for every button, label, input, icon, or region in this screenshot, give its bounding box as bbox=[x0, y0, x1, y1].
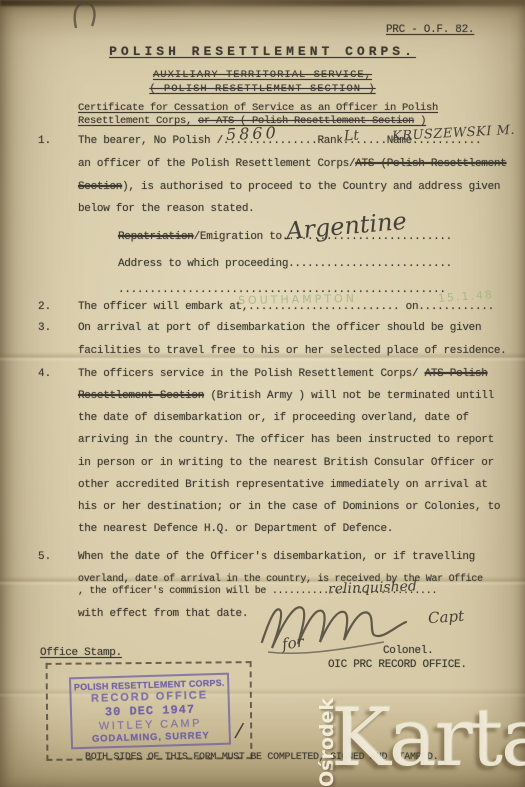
item-4-line-1-pre: The officers service in the Polish Reset… bbox=[78, 368, 425, 380]
item-1-number: 1. bbox=[38, 135, 51, 147]
certificate-heading-line2-pre: Resettlement Corps, bbox=[78, 115, 198, 127]
handwritten-service-number: 5860 bbox=[226, 123, 279, 144]
address-line: Address to which proceeding.............… bbox=[118, 258, 452, 270]
item-4-line-7: his or her destination; or in the case o… bbox=[78, 501, 500, 513]
item-4-number: 4. bbox=[38, 368, 51, 380]
certificate-heading-line1: Certificate for Cessation of Service as … bbox=[78, 102, 438, 114]
item-4-line-2: Resettlement Section (British Army ) wil… bbox=[78, 390, 494, 402]
item-4-line-1: The officers service in the Polish Reset… bbox=[78, 368, 488, 380]
item-5-line-2: overland, date of arrival in the country… bbox=[78, 574, 483, 585]
item-3-line-1: On arrival at port of disembarkation the… bbox=[78, 322, 481, 334]
handwritten-capt: Capt bbox=[427, 607, 464, 627]
document-title: POLISH RESETTLEMENT CORPS. bbox=[0, 44, 525, 59]
repatriation-struck: Repatriation bbox=[118, 231, 194, 243]
item-5-line-4: with effect from that date. bbox=[78, 608, 248, 620]
handwritten-port: SOUTHAMPTON bbox=[238, 292, 357, 307]
record-office-line: OIC PRC RECORD OFFICE. bbox=[328, 659, 467, 671]
item-1-line-3-post: ), is authorised to proceed to the Count… bbox=[122, 181, 500, 193]
stamp-line-date: 30 DEC 1947 bbox=[105, 702, 196, 719]
rubber-stamp: POLISH RESETTLEMENT CORPS. RECORD OFFICE… bbox=[69, 673, 231, 750]
item-4-line-1-struck: ATS Polish bbox=[425, 368, 488, 380]
item-1-line-3: Section), is authorised to proceed to th… bbox=[78, 181, 500, 193]
struck-section-line: ( POLISH RESETTLEMENT SECTION ) bbox=[0, 83, 525, 95]
item-4-line-4: arriving in the country. The officer has… bbox=[78, 434, 494, 446]
item-4-line-5: in person or in writing to the nearest B… bbox=[78, 457, 494, 469]
item-4-line-8: the nearest Defence H.Q. or Department o… bbox=[78, 523, 393, 535]
staple-mark bbox=[62, 0, 112, 32]
certificate-heading-line2-post: ) bbox=[414, 115, 426, 127]
signatory-rank: Colonel. bbox=[383, 645, 433, 657]
handwritten-commission-status: relinquished bbox=[328, 578, 417, 597]
watermark-main: Karta bbox=[331, 698, 525, 778]
handwritten-for: for bbox=[281, 633, 305, 654]
item-2-number: 2. bbox=[38, 301, 51, 313]
item-1-line-4: below for the reason stated. bbox=[78, 203, 254, 215]
stamp-outline-box: POLISH RESETTLEMENT CORPS. RECORD OFFICE… bbox=[46, 661, 253, 761]
item-3-line-2: facilities to travel free to his or her … bbox=[78, 345, 506, 357]
item-4-line-2-post: (British Army ) will not be terminated u… bbox=[204, 390, 494, 402]
item-4-line-3: the date of disembarkation or, if procee… bbox=[78, 412, 469, 424]
scanned-certificate-document: PRC - O.F. 82. POLISH RESETTLEMENT CORPS… bbox=[0, 0, 525, 787]
item-1-line-2-struck: ATS (Polish Resettlement bbox=[355, 158, 506, 170]
item-1-line-2-pre: an officer of the Polish Resettlement Co… bbox=[78, 158, 355, 170]
item-4-line-6: other accredited British representative … bbox=[78, 479, 488, 491]
item-5-line-1: When the date of the Officer's disembark… bbox=[78, 551, 475, 563]
item-1-line-2: an officer of the Polish Resettlement Co… bbox=[78, 158, 506, 170]
handwritten-rank: Lt bbox=[343, 127, 359, 144]
form-number: PRC - O.F. 82. bbox=[386, 24, 474, 36]
item-5-number: 5. bbox=[38, 551, 51, 563]
item-3-number: 3. bbox=[38, 322, 51, 334]
item-4-line-2-struck: Resettlement Section bbox=[78, 390, 204, 402]
office-stamp-label: Office Stamp. bbox=[40, 647, 122, 659]
stamp-line-town: GODALMING, SURREY bbox=[92, 730, 210, 744]
struck-service-line: AUXILIARY TERRITORIAL SERVICE, bbox=[0, 69, 525, 81]
item-1-line-3-struck: Section bbox=[78, 181, 122, 193]
